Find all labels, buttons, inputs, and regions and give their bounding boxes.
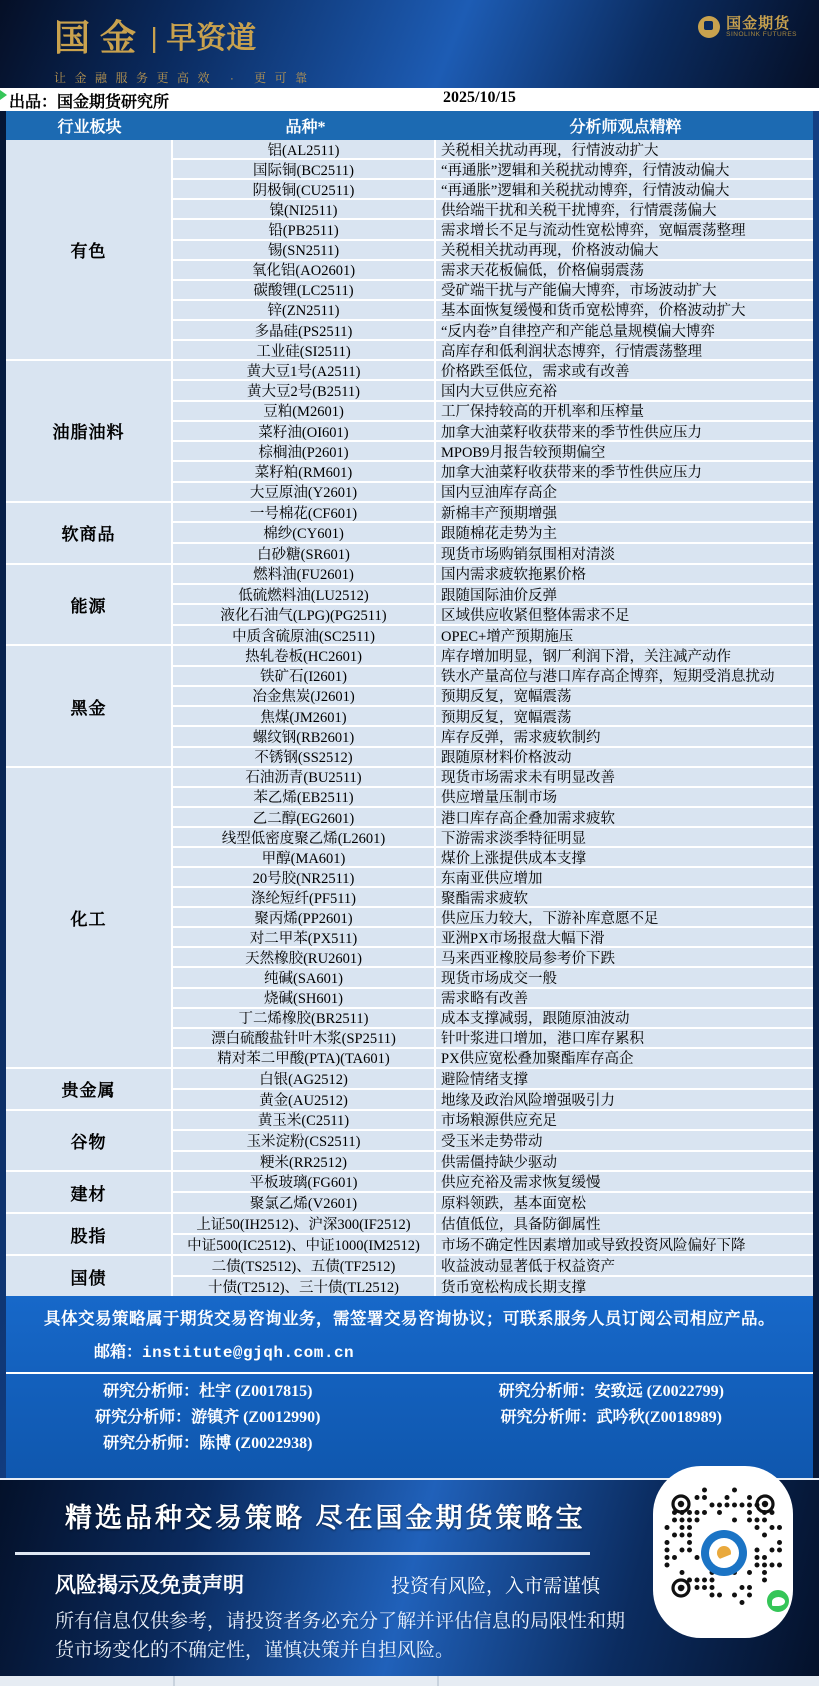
analyst-view-cell: 避险情绪支撑 <box>436 1069 813 1088</box>
variety-cell: 黄大豆1号(A2511) <box>173 361 436 379</box>
subscription-notice: 具体交易策略属于期货交易咨询业务，需签署交易咨询协议；可联系服务人员订阅公司相应… <box>6 1296 813 1329</box>
promo-title: 精选品种交易策略 尽在国金期货策略宝 <box>65 1496 635 1535</box>
analyst-view-cell: 铁水产量高位与港口库存高企博弈，短期受消息扰动 <box>436 667 813 685</box>
table-row: 铁矿石(I2601)铁水产量高位与港口库存高企博弈，短期受消息扰动 <box>173 665 813 685</box>
analyst-view-cell: 国内豆油库存高企 <box>436 483 813 501</box>
analyst-view-cell: 受矿端干扰与产能偏大博弈，市场波动扩大 <box>436 281 813 299</box>
variety-cell: 乙二醇(EG2601) <box>173 808 436 826</box>
analyst-view-cell: 成本支撑减弱，跟随原油波动 <box>436 1009 813 1027</box>
variety-cell: 液化石油气(LPG)(PG2511) <box>173 605 436 623</box>
table-row: 低硫燃料油(LU2512)跟随国际油价反弹 <box>173 583 813 603</box>
publisher-label: 出品：国金期货研究所 <box>9 89 169 112</box>
table-row: 铅(PB2511)需求增长不足与流动性宽松博弈，宽幅震荡整理 <box>173 218 813 238</box>
analyst-view-cell: 需求略有改善 <box>436 989 813 1007</box>
brand-name: 国金 <box>54 18 146 58</box>
table-row: 阴极铜(CU2511)“再通胀”逻辑和关税扰动博弈，行情波动偏大 <box>173 178 813 198</box>
col-header-sector: 行业板块 <box>6 114 173 137</box>
banner-divider <box>15 1552 590 1555</box>
sector-label: 股指 <box>6 1214 173 1254</box>
analyst-view-cell: 加拿大油菜籽收获带来的季节性供应压力 <box>436 462 813 480</box>
analyst-view-cell: 马来西亚橡胶局参考价下跌 <box>436 948 813 966</box>
variety-cell: 燃料油(FU2601) <box>173 565 436 583</box>
sector-group: 股指上证50(IH2512)、沪深300(IF2512)估值低位，具备防御属性中… <box>6 1212 813 1254</box>
analyst-view-cell: 新棉丰产预期增强 <box>436 503 813 522</box>
brand-tagline: 让金融服务更高效 · 更可靠 <box>54 69 316 86</box>
variety-cell: 中质含硫原油(SC2511) <box>173 626 436 644</box>
analyst-view-cell: 预期反复，宽幅震荡 <box>436 707 813 725</box>
variety-cell: 玉米淀粉(CS2511) <box>173 1131 436 1150</box>
analyst-view-cell: 聚酯需求疲软 <box>436 888 813 906</box>
variety-cell: 冶金焦炭(J2601) <box>173 687 436 705</box>
table-row: 黄玉米(C2511)市场粮源供应充足 <box>173 1111 813 1130</box>
variety-cell: 镍(NI2511) <box>173 200 436 218</box>
sector-label: 有色 <box>6 140 173 359</box>
variety-cell: 螺纹钢(RB2601) <box>173 727 436 745</box>
variety-cell: 铝(AL2511) <box>173 140 436 158</box>
table-row: 锌(ZN2511)基本面恢复缓慢和货币宽松博弈，价格波动扩大 <box>173 299 813 319</box>
variety-cell: 工业硅(SI2511) <box>173 341 436 359</box>
table-header-row: 行业板块 品种* 分析师观点精粹 <box>6 111 813 140</box>
table-row: 精对苯二甲酸(PTA)(TA601)PX供应宽松叠加聚酯库存高企 <box>173 1047 813 1067</box>
sector-label: 软商品 <box>6 503 173 563</box>
meta-bar: 出品：国金期货研究所 2025/10/15 <box>0 88 819 111</box>
analyst-view-cell: 加拿大油菜籽收获带来的季节性供应压力 <box>436 422 813 440</box>
corp-name-en: SINOLINK FUTURES <box>726 32 797 39</box>
corner-marker-icon <box>0 90 7 100</box>
variety-cell: 黄大豆2号(B2511) <box>173 381 436 399</box>
table-row: 甲醇(MA601)煤价上涨提供成本支撑 <box>173 846 813 866</box>
analyst-view-cell: OPEC+增产预期施压 <box>436 626 813 644</box>
analyst-view-cell: 下游需求淡季特征明显 <box>436 828 813 846</box>
variety-cell: 铅(PB2511) <box>173 220 436 238</box>
email-link[interactable]: institute@gjqh.com.cn <box>142 1344 354 1362</box>
analyst-view-cell: 工厂保持较高的开机率和压榨量 <box>436 402 813 420</box>
table-row: 平板玻璃(FG601)供应充裕及需求恢复缓慢 <box>173 1172 813 1191</box>
risk-warning: 投资有风险，入市需谨慎 <box>391 1571 600 1598</box>
table-row: 丁二烯橡胶(BR2511)成本支撑减弱，跟随原油波动 <box>173 1007 813 1027</box>
analysis-table: 行业板块 品种* 分析师观点精粹 有色铝(AL2511)关税相关扰动再现，行情波… <box>6 111 813 1296</box>
sector-group: 有色铝(AL2511)关税相关扰动再现，行情波动扩大国际铜(BC2511)“再通… <box>6 140 813 359</box>
analyst-view-cell: “再通胀”逻辑和关税扰动博弈，行情波动偏大 <box>436 160 813 178</box>
table-row: 锡(SN2511)关税相关扰动再现，价格波动偏大 <box>173 239 813 259</box>
variety-cell: 铁矿石(I2601) <box>173 667 436 685</box>
analyst-view-cell: 亚洲PX市场报盘大幅下滑 <box>436 928 813 946</box>
qr-code[interactable] <box>635 1480 819 1676</box>
table-row: 上证50(IH2512)、沪深300(IF2512)估值低位，具备防御属性 <box>173 1214 813 1233</box>
qr-center-logo-icon <box>701 1530 747 1576</box>
wechat-icon <box>765 1588 791 1614</box>
analyst-view-cell: 现货市场成交一般 <box>436 968 813 986</box>
table-row: 苯乙烯(EB2511)供应增量压制市场 <box>173 786 813 806</box>
analyst-view-cell: 国内需求疲软拖累价格 <box>436 565 813 583</box>
brand-divider: | <box>150 22 157 53</box>
sector-label: 能源 <box>6 565 173 645</box>
brand-logo: 国金 | 早资道 让金融服务更高效 · 更可靠 <box>54 10 316 86</box>
corp-name: 国金期货 <box>726 16 797 32</box>
variety-cell: 二债(TS2512)、五债(TF2512) <box>173 1256 436 1275</box>
sector-label: 化工 <box>6 768 173 1067</box>
disclaimer-text: 所有信息仅供参考，请投资者务必充分了解并评估信息的局限性和期货市场变化的不确定性… <box>55 1607 635 1666</box>
analyst-entry: 研究分析师：安致远 (Z0022799) <box>499 1380 724 1403</box>
sector-label: 建材 <box>6 1172 173 1212</box>
variety-cell: 豆粕(M2601) <box>173 402 436 420</box>
analyst-view-cell: 跟随原材料价格波动 <box>436 748 813 766</box>
analyst-entry: 研究分析师：杜宇 (Z0017815) <box>103 1380 312 1403</box>
analysts-block: 研究分析师：杜宇 (Z0017815)研究分析师：游镇齐 (Z0012990)研… <box>6 1380 813 1456</box>
table-row: 冶金焦炭(J2601)预期反复，宽幅震荡 <box>173 685 813 705</box>
sector-group: 化工石油沥青(BU2511)现货市场需求未有明显改善苯乙烯(EB2511)供应增… <box>6 766 813 1067</box>
table-row: 工业硅(SI2511)高库存和低利润状态博弈，行情震荡整理 <box>173 339 813 359</box>
sector-label: 黑金 <box>6 646 173 766</box>
sinolink-logo: 国金期货 SINOLINK FUTURES <box>698 16 797 39</box>
table-row: 中证500(IC2512)、中证1000(IM2512)市场不确定性因素增加或导… <box>173 1233 813 1254</box>
analyst-view-cell: 预期反复，宽幅震荡 <box>436 687 813 705</box>
table-row: 十债(T2512)、三十债(TL2512)货币宽松构成长期支撑 <box>173 1275 813 1296</box>
variety-cell: 一号棉花(CF601) <box>173 503 436 522</box>
analyst-view-cell: 供给端干扰和关税干扰博弈，行情震荡偏大 <box>436 200 813 218</box>
product-name: 早资道 <box>166 22 256 55</box>
table-row: 热轧卷板(HC2601)库存增加明显，钢厂利润下滑，关注减产动作 <box>173 646 813 664</box>
col-header-view: 分析师观点精粹 <box>438 114 813 137</box>
email-row: 邮箱：institute@gjqh.com.cn <box>94 1339 813 1362</box>
analyst-view-cell: 现货市场购销氛围相对清淡 <box>436 544 813 563</box>
analyst-view-cell: 高库存和低利润状态博弈，行情震荡整理 <box>436 341 813 359</box>
variety-cell: 低硫燃料油(LU2512) <box>173 585 436 603</box>
variety-cell: 氧化铝(AO2601) <box>173 261 436 279</box>
analyst-view-cell: 煤价上涨提供成本支撑 <box>436 848 813 866</box>
analyst-view-cell: 港口库存高企叠加需求疲软 <box>436 808 813 826</box>
analysts-right-column: 研究分析师：安致远 (Z0022799)研究分析师：武吟秋(Z0018989) <box>410 1380 814 1456</box>
sector-label: 国债 <box>6 1256 173 1296</box>
footer-divider <box>6 1372 813 1374</box>
table-row: 镍(NI2511)供给端干扰和关税干扰博弈，行情震荡偏大 <box>173 198 813 218</box>
table-row: 多晶硅(PS2511)“反内卷”自律控产和产能总量规模偏大博弈 <box>173 319 813 339</box>
sinolink-logo-icon <box>698 16 720 38</box>
table-row: 粳米(RR2512)供需僵持缺少驱动 <box>173 1150 813 1171</box>
variety-cell: 甲醇(MA601) <box>173 848 436 866</box>
sector-group: 能源燃料油(FU2601)国内需求疲软拖累价格低硫燃料油(LU2512)跟随国际… <box>6 563 813 645</box>
sector-group: 谷物黄玉米(C2511)市场粮源供应充足玉米淀粉(CS2511)受玉米走势带动粳… <box>6 1109 813 1171</box>
table-row: 二债(TS2512)、五债(TF2512)收益波动显著低于权益资产 <box>173 1256 813 1275</box>
variety-cell: 白银(AG2512) <box>173 1069 436 1088</box>
table-row: 20号胶(NR2511)东南亚供应增加 <box>173 866 813 886</box>
variety-cell: 热轧卷板(HC2601) <box>173 646 436 664</box>
table-row: 氧化铝(AO2601)需求天花板偏低，价格偏弱震荡 <box>173 259 813 279</box>
variety-cell: 锌(ZN2511) <box>173 301 436 319</box>
analyst-view-cell: 国内大豆供应充裕 <box>436 381 813 399</box>
variety-cell: 烧碱(SH601) <box>173 989 436 1007</box>
analyst-view-cell: 供需僵持缺少驱动 <box>436 1152 813 1171</box>
analyst-view-cell: 估值低位，具备防御属性 <box>436 1214 813 1233</box>
table-row: 大豆原油(Y2601)国内豆油库存高企 <box>173 481 813 501</box>
table-row: 漂白硫酸盐针叶木浆(SP2511)针叶浆进口增加，港口库存累积 <box>173 1027 813 1047</box>
variety-cell: 棕榈油(P2601) <box>173 442 436 460</box>
analyst-view-cell: 库存增加明显，钢厂利润下滑，关注减产动作 <box>436 646 813 664</box>
table-row: 白砂糖(SR601)现货市场购销氛围相对清淡 <box>173 542 813 563</box>
analyst-view-cell: 市场不确定性因素增加或导致投资风险偏好下降 <box>436 1235 813 1254</box>
table-row: 中质含硫原油(SC2511)OPEC+增产预期施压 <box>173 624 813 644</box>
table-row: 棕榈油(P2601)MPOB9月报告较预期偏空 <box>173 440 813 460</box>
variety-cell: 白砂糖(SR601) <box>173 544 436 563</box>
analyst-view-cell: “反内卷”自律控产和产能总量规模偏大博弈 <box>436 321 813 339</box>
sector-group: 国债二债(TS2512)、五债(TF2512)收益波动显著低于权益资产十债(T2… <box>6 1254 813 1296</box>
variety-cell: 国际铜(BC2511) <box>173 160 436 178</box>
variety-cell: 菜籽油(OI601) <box>173 422 436 440</box>
analyst-entry: 研究分析师：游镇齐 (Z0012990) <box>95 1406 320 1429</box>
variety-cell: 锡(SN2511) <box>173 241 436 259</box>
table-row: 聚丙烯(PP2601)供应压力较大，下游补库意愿不足 <box>173 906 813 926</box>
variety-cell: 苯乙烯(EB2511) <box>173 788 436 806</box>
table-row: 对二甲苯(PX511)亚洲PX市场报盘大幅下滑 <box>173 926 813 946</box>
variety-cell: 丁二烯橡胶(BR2511) <box>173 1009 436 1027</box>
sector-label: 油脂油料 <box>6 361 173 501</box>
variety-cell: 石油沥青(BU2511) <box>173 768 436 786</box>
analyst-view-cell: 基本面恢复缓慢和货币宽松博弈，价格波动扩大 <box>436 301 813 319</box>
variety-cell: 对二甲苯(PX511) <box>173 928 436 946</box>
analyst-view-cell: 针叶浆进口增加，港口库存累积 <box>436 1029 813 1047</box>
sector-group: 建材平板玻璃(FG601)供应充裕及需求恢复缓慢聚氯乙烯(V2601)原料领跌，… <box>6 1170 813 1212</box>
masthead: 国金 | 早资道 让金融服务更高效 · 更可靠 国金期货 SINOLINK FU… <box>0 0 819 88</box>
variety-cell: 菜籽粕(RM601) <box>173 462 436 480</box>
table-row: 黄金(AU2512)地缘及政治风险增强吸引力 <box>173 1088 813 1109</box>
analyst-view-cell: 地缘及政治风险增强吸引力 <box>436 1090 813 1109</box>
variety-cell: 阴极铜(CU2511) <box>173 180 436 198</box>
sector-group: 黑金热轧卷板(HC2601)库存增加明显，钢厂利润下滑，关注减产动作铁矿石(I2… <box>6 644 813 766</box>
table-row: 纯碱(SA601)现货市场成交一般 <box>173 966 813 986</box>
variety-cell: 粳米(RR2512) <box>173 1152 436 1171</box>
table-row: 涤纶短纤(PF511)聚酯需求疲软 <box>173 886 813 906</box>
analyst-view-cell: 原料领跌，基本面宽松 <box>436 1193 813 1212</box>
variety-cell: 精对苯二甲酸(PTA)(TA601) <box>173 1049 436 1067</box>
variety-cell: 碳酸锂(LC2511) <box>173 281 436 299</box>
variety-cell: 天然橡胶(RU2601) <box>173 948 436 966</box>
variety-cell: 棉纱(CY601) <box>173 523 436 542</box>
variety-cell: 黄玉米(C2511) <box>173 1111 436 1130</box>
analyst-entry: 研究分析师：陈博 (Z0022938) <box>103 1432 312 1455</box>
variety-cell: 焦煤(JM2601) <box>173 707 436 725</box>
analyst-view-cell: 区域供应收紧但整体需求不足 <box>436 605 813 623</box>
analyst-view-cell: 供应压力较大，下游补库意愿不足 <box>436 908 813 926</box>
page: 国金 | 早资道 让金融服务更高效 · 更可靠 国金期货 SINOLINK FU… <box>0 0 819 1686</box>
table-row: 燃料油(FU2601)国内需求疲软拖累价格 <box>173 565 813 583</box>
analyst-view-cell: 价格跌至低位，需求或有改善 <box>436 361 813 379</box>
risk-disclosure-title: 风险揭示及免责声明 <box>55 1569 244 1599</box>
variety-cell: 纯碱(SA601) <box>173 968 436 986</box>
table-row: 白银(AG2512)避险情绪支撑 <box>173 1069 813 1088</box>
sector-label: 贵金属 <box>6 1069 173 1109</box>
variety-cell: 线型低密度聚乙烯(L2601) <box>173 828 436 846</box>
variety-cell: 不锈钢(SS2512) <box>173 748 436 766</box>
contact-footer: 具体交易策略属于期货交易咨询业务，需签署交易咨询协议；可联系服务人员订阅公司相应… <box>6 1296 813 1478</box>
variety-cell: 上证50(IH2512)、沪深300(IF2512) <box>173 1214 436 1233</box>
analyst-view-cell: 供应增量压制市场 <box>436 788 813 806</box>
sector-group: 贵金属白银(AG2512)避险情绪支撑黄金(AU2512)地缘及政治风险增强吸引… <box>6 1067 813 1109</box>
table-row: 烧碱(SH601)需求略有改善 <box>173 987 813 1007</box>
promo-banner: 精选品种交易策略 尽在国金期货策略宝 风险揭示及免责声明 投资有风险，入市需谨慎… <box>0 1478 819 1676</box>
table-row: 铝(AL2511)关税相关扰动再现，行情波动扩大 <box>173 140 813 158</box>
table-row: 聚氯乙烯(V2601)原料领跌，基本面宽松 <box>173 1191 813 1212</box>
analyst-view-cell: 跟随棉花走势为主 <box>436 523 813 542</box>
analyst-view-cell: 跟随国际油价反弹 <box>436 585 813 603</box>
analyst-view-cell: 库存反弹，需求疲软制约 <box>436 727 813 745</box>
variety-cell: 黄金(AU2512) <box>173 1090 436 1109</box>
analyst-view-cell: 需求增长不足与流动性宽松博弈，宽幅震荡整理 <box>436 220 813 238</box>
analyst-view-cell: 关税相关扰动再现，价格波动偏大 <box>436 241 813 259</box>
email-label: 邮箱： <box>94 1344 142 1361</box>
analyst-entry: 研究分析师：武吟秋(Z0018989) <box>501 1406 722 1429</box>
table-row: 液化石油气(LPG)(PG2511)区域供应收紧但整体需求不足 <box>173 603 813 623</box>
bottom-strip <box>0 1676 819 1686</box>
report-date: 2025/10/15 <box>443 89 516 107</box>
analyst-view-cell: 东南亚供应增加 <box>436 868 813 886</box>
table-row: 菜籽粕(RM601)加拿大油菜籽收获带来的季节性供应压力 <box>173 460 813 480</box>
table-row: 国际铜(BC2511)“再通胀”逻辑和关税扰动博弈，行情波动偏大 <box>173 158 813 178</box>
col-header-variety: 品种* <box>173 114 438 137</box>
table-row: 不锈钢(SS2512)跟随原材料价格波动 <box>173 746 813 766</box>
analyst-view-cell: 货币宽松构成长期支撑 <box>436 1277 813 1296</box>
table-row: 菜籽油(OI601)加拿大油菜籽收获带来的季节性供应压力 <box>173 420 813 440</box>
variety-cell: 多晶硅(PS2511) <box>173 321 436 339</box>
table-row: 螺纹钢(RB2601)库存反弹，需求疲软制约 <box>173 725 813 745</box>
table-row: 玉米淀粉(CS2511)受玉米走势带动 <box>173 1129 813 1150</box>
sector-group: 油脂油料黄大豆1号(A2511)价格跌至低位，需求或有改善黄大豆2号(B2511… <box>6 359 813 501</box>
table-body: 有色铝(AL2511)关税相关扰动再现，行情波动扩大国际铜(BC2511)“再通… <box>6 140 813 1296</box>
variety-cell: 20号胶(NR2511) <box>173 868 436 886</box>
table-row: 豆粕(M2601)工厂保持较高的开机率和压榨量 <box>173 400 813 420</box>
table-row: 黄大豆2号(B2511)国内大豆供应充裕 <box>173 379 813 399</box>
table-row: 天然橡胶(RU2601)马来西亚橡胶局参考价下跌 <box>173 946 813 966</box>
analyst-view-cell: 供应充裕及需求恢复缓慢 <box>436 1172 813 1191</box>
variety-cell: 中证500(IC2512)、中证1000(IM2512) <box>173 1235 436 1254</box>
sector-group: 软商品一号棉花(CF601)新棉丰产预期增强棉纱(CY601)跟随棉花走势为主白… <box>6 501 813 563</box>
table-row: 线型低密度聚乙烯(L2601)下游需求淡季特征明显 <box>173 826 813 846</box>
analyst-view-cell: 关税相关扰动再现，行情波动扩大 <box>436 140 813 158</box>
variety-cell: 涤纶短纤(PF511) <box>173 888 436 906</box>
analyst-view-cell: 需求天花板偏低，价格偏弱震荡 <box>436 261 813 279</box>
analyst-view-cell: 受玉米走势带动 <box>436 1131 813 1150</box>
table-row: 棉纱(CY601)跟随棉花走势为主 <box>173 521 813 542</box>
table-row: 焦煤(JM2601)预期反复，宽幅震荡 <box>173 705 813 725</box>
table-row: 黄大豆1号(A2511)价格跌至低位，需求或有改善 <box>173 361 813 379</box>
variety-cell: 聚氯乙烯(V2601) <box>173 1193 436 1212</box>
analysts-left-column: 研究分析师：杜宇 (Z0017815)研究分析师：游镇齐 (Z0012990)研… <box>6 1380 410 1456</box>
analyst-view-cell: MPOB9月报告较预期偏空 <box>436 442 813 460</box>
variety-cell: 平板玻璃(FG601) <box>173 1172 436 1191</box>
table-row: 一号棉花(CF601)新棉丰产预期增强 <box>173 503 813 522</box>
variety-cell: 十债(T2512)、三十债(TL2512) <box>173 1277 436 1296</box>
analyst-view-cell: PX供应宽松叠加聚酯库存高企 <box>436 1049 813 1067</box>
table-row: 石油沥青(BU2511)现货市场需求未有明显改善 <box>173 768 813 786</box>
sector-label: 谷物 <box>6 1111 173 1171</box>
table-row: 碳酸锂(LC2511)受矿端干扰与产能偏大博弈，市场波动扩大 <box>173 279 813 299</box>
analyst-view-cell: 市场粮源供应充足 <box>436 1111 813 1130</box>
table-row: 乙二醇(EG2601)港口库存高企叠加需求疲软 <box>173 806 813 826</box>
analyst-view-cell: 现货市场需求未有明显改善 <box>436 768 813 786</box>
variety-cell: 聚丙烯(PP2601) <box>173 908 436 926</box>
variety-cell: 大豆原油(Y2601) <box>173 483 436 501</box>
analyst-view-cell: “再通胀”逻辑和关税扰动博弈，行情波动偏大 <box>436 180 813 198</box>
analyst-view-cell: 收益波动显著低于权益资产 <box>436 1256 813 1275</box>
variety-cell: 漂白硫酸盐针叶木浆(SP2511) <box>173 1029 436 1047</box>
